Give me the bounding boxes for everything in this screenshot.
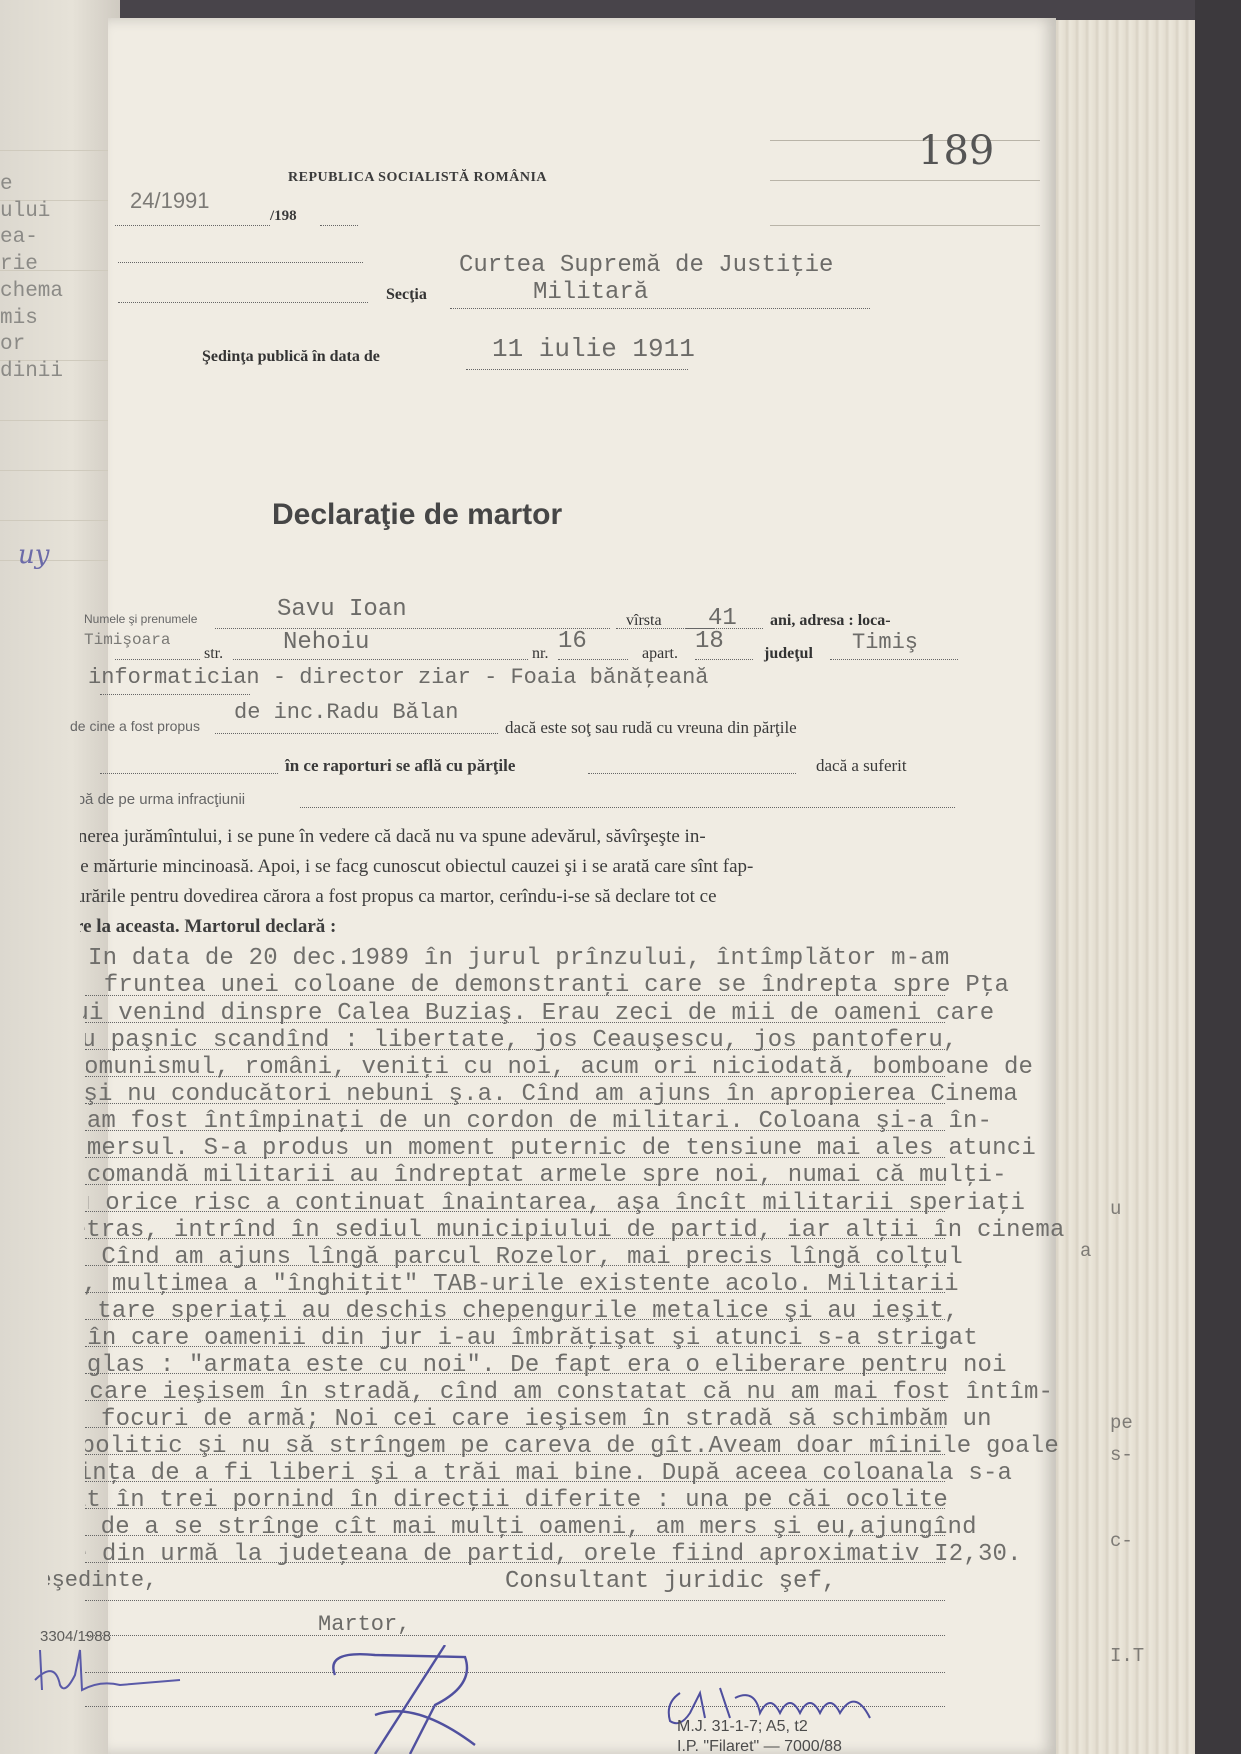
form-code: M.J. 31-1-7; A5, t2: [677, 1718, 808, 1736]
statement-line: regim politic şi nu să strîngem pe carev…: [0, 1433, 1059, 1460]
left-page-fragment: or: [0, 333, 25, 357]
left-page-fragment: chema: [0, 280, 63, 304]
statement-line: s-au retras, intrînd în sediul municipiu…: [0, 1217, 1065, 1244]
name-label: Numele şi prenumele: [84, 612, 197, 626]
statement-line: In data de 20 dec.1989 în jurul prînzulu…: [88, 945, 950, 972]
document-title: Declaraţie de martor: [272, 498, 562, 532]
file-number: 24/1991: [130, 188, 210, 214]
statement-line: şi dorinţa de a fi liberi şi a trăi mai …: [0, 1460, 1012, 1487]
oath-line: tele sau împrejurările pentru dovedirea …: [0, 886, 717, 908]
street-label: str.: [204, 645, 223, 663]
witness-signature: [315, 1645, 485, 1754]
session-label: Şedinţa publică în data de: [202, 348, 380, 366]
number-label: nr.: [532, 645, 548, 663]
statement-line: fragmentat în trei pornind în direcţii d…: [0, 1487, 948, 1514]
scan-right-border: [1195, 0, 1241, 1754]
page-edge-stack: u a pe s- c- I.T: [1050, 20, 1200, 1754]
statement-line: cu dorinţa de a se strînge cît mai mulţi…: [0, 1514, 977, 1541]
apartment-value: 18: [695, 628, 724, 655]
country-header: REPUBLICA SOCIALISTĂ ROMÂNIA: [288, 170, 547, 186]
handwritten-page-number: 189: [918, 128, 994, 174]
section-label: Secţia: [386, 286, 427, 304]
edge-fragment: u: [1110, 1198, 1121, 1220]
statement-line: în cele din urmă la judeţeana de partid,…: [0, 1541, 1022, 1568]
relation-text: dacă este soţ sau rudă cu vreuna din păr…: [505, 718, 797, 738]
edge-fragment: c-: [1110, 1530, 1133, 1552]
statement-line: Capitol. Cînd am ajuns lîngă parcul Roze…: [0, 1244, 963, 1271]
left-page-fragment: e: [0, 173, 13, 197]
statement-line: foarte tare speriaţi au deschis chepengu…: [0, 1298, 959, 1325]
session-date: 11 iulie 1911: [492, 334, 695, 364]
suffered-label: dacă a suferit: [816, 756, 907, 776]
edge-fragment: s-: [1110, 1444, 1133, 1466]
edge-fragment: I.T: [1110, 1645, 1144, 1667]
edge-fragment: pe: [1110, 1412, 1133, 1434]
president-signature: [30, 1640, 210, 1700]
year-suffix: /198: [270, 208, 297, 225]
number-value: 16: [558, 628, 587, 655]
edge-fragment: a: [1080, 1240, 1091, 1262]
county-value: Timiş: [852, 630, 918, 655]
age-label: vîrsta: [626, 612, 662, 630]
left-page-fragment: ului: [0, 200, 50, 224]
statement-line: pinaţi cu focuri de armă; Noi cei care i…: [0, 1406, 992, 1433]
proposed-value: de inc.Radu Bălan: [234, 700, 458, 725]
statement-line: într-un glas : "armata este cu noi". De …: [0, 1352, 1007, 1379]
relations-label: în ce raporturi se află cu părţile: [285, 756, 515, 776]
left-page-fragment: mis: [0, 307, 38, 331]
statement-line: moment în care oamenii din jur i-au îmbr…: [0, 1325, 978, 1352]
consultant-label: Consultant juridic şef,: [505, 1568, 836, 1595]
left-page-fragment: rie: [0, 253, 38, 277]
name-value: Savu Ioan: [277, 596, 407, 623]
statement-line: mea cu orice risc a continuat înaintarea…: [3, 1190, 1025, 1217]
occupation-value: informatician - director ziar - Foaia bă…: [88, 665, 709, 690]
printer-code: I.P. "Filaret" — 7000/88: [677, 1738, 842, 1754]
locality-value: Timişoara: [84, 631, 170, 649]
proposed-label: de cine a fost propus: [70, 718, 200, 734]
apartment-label: apart.: [642, 645, 678, 663]
left-page-fragment: ea-: [0, 226, 38, 250]
statement-line: Operei, mulţimea a "înghiţit" TAB-urile …: [0, 1271, 959, 1298]
oath-line: După depunerea jurămîntului, i se pune î…: [0, 826, 706, 848]
age-suffix: ani, adresa : loca-: [770, 612, 891, 630]
oath-line: fracţiunea de mărturie mincinoasă. Apoi,…: [0, 856, 753, 878]
street-value: Nehoiu: [283, 629, 369, 656]
witness-label: Martor,: [318, 1612, 410, 1637]
section-value: Militară: [533, 279, 648, 306]
court-name: Curtea Supremă de Justiţie: [459, 252, 833, 279]
statement-line: cei care ieşisem în stradă, cînd am cons…: [31, 1379, 1053, 1406]
left-page-fragment: dinii: [0, 360, 63, 384]
left-page-signature: uy: [18, 540, 49, 570]
county-label: judeţul: [764, 645, 813, 663]
